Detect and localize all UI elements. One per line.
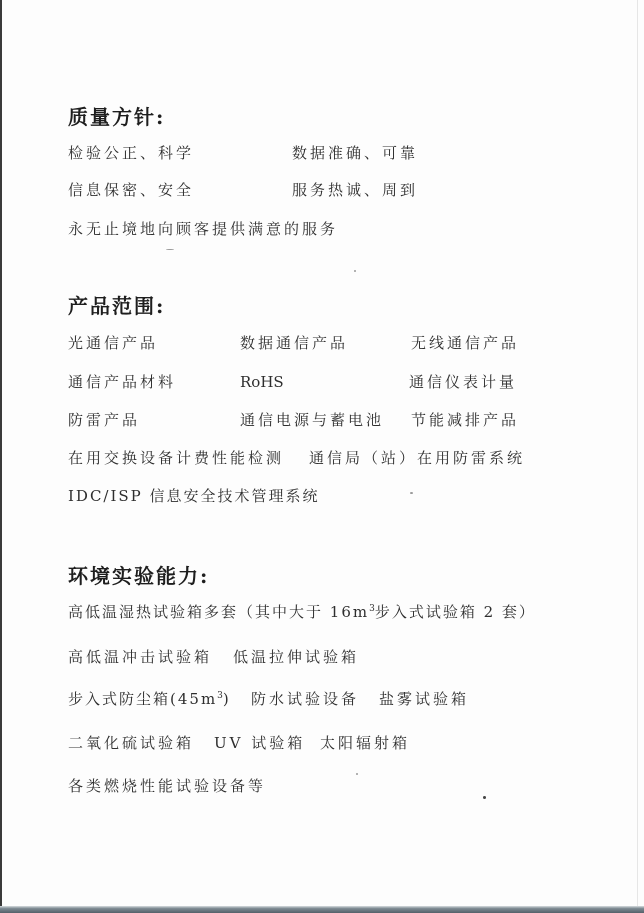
environment-item: UV 试验箱 — [214, 736, 305, 751]
quality-item: 检验公正、科学 — [68, 146, 194, 161]
product-item: 防雷产品 — [68, 413, 140, 428]
scanned-page: 质量方针: 检验公正、科学 数据准确、可靠 信息保密、安全 服务热诚、周到 永无… — [0, 0, 644, 913]
environment-item: 高低温湿热试验箱多套（其中大于 16m3步入式试验箱 2 套） — [68, 605, 536, 620]
section-heading-product-scope: 产品范围: — [68, 296, 165, 316]
product-item: 在用交换设备计费性能检测 — [68, 451, 284, 466]
scan-left-edge — [0, 0, 2, 906]
environment-item: 太阳辐射箱 — [320, 736, 410, 751]
scan-speck — [166, 249, 174, 250]
product-item: 节能减排产品 — [411, 413, 519, 428]
scan-bottom-edge — [0, 906, 644, 913]
quality-item: 永无止境地向顾客提供满意的服务 — [68, 222, 338, 237]
environment-item: 各类燃烧性能试验设备等 — [68, 779, 266, 794]
product-item: 通信仪表计量 — [409, 375, 517, 390]
scan-speck — [483, 796, 486, 799]
product-item: 光通信产品 — [68, 336, 158, 351]
environment-item: 二氧化硫试验箱 — [68, 736, 194, 751]
section-heading-environmental-capability: 环境实验能力: — [68, 566, 209, 586]
scan-speck — [356, 773, 358, 775]
product-item: 通信局（站）在用防雷系统 — [309, 451, 525, 466]
environment-item-text: 高低温湿热试验箱多套（其中大于 16m — [68, 603, 369, 621]
environment-item: 防水试验设备 — [251, 692, 359, 707]
environment-item: 步入式防尘箱(45m3) — [68, 692, 231, 707]
scan-speck — [513, 613, 515, 615]
environment-item: 高低温冲击试验箱 — [68, 650, 212, 665]
product-item: IDC/ISP 信息安全技术管理系统 — [68, 489, 320, 504]
product-item: 数据通信产品 — [240, 336, 348, 351]
environment-item-text: ) — [223, 690, 231, 708]
scan-speck — [410, 492, 413, 494]
environment-item-text: 步入式试验箱 2 套） — [375, 603, 536, 621]
scan-speck — [354, 270, 356, 272]
quality-item: 信息保密、安全 — [68, 183, 194, 198]
environment-item: 低温拉伸试验箱 — [233, 650, 359, 665]
quality-item: 数据准确、可靠 — [292, 146, 418, 161]
product-item: 无线通信产品 — [411, 336, 519, 351]
scan-right-edge — [637, 0, 638, 906]
environment-item: 盐雾试验箱 — [379, 692, 469, 707]
environment-item-text: 步入式防尘箱(45m — [68, 690, 217, 708]
product-item: 通信电源与蓄电池 — [240, 413, 384, 428]
section-heading-quality-policy: 质量方针: — [68, 107, 165, 127]
product-item: 通信产品材料 — [68, 375, 176, 390]
quality-item: 服务热诚、周到 — [292, 183, 418, 198]
product-item: RoHS — [240, 375, 284, 390]
